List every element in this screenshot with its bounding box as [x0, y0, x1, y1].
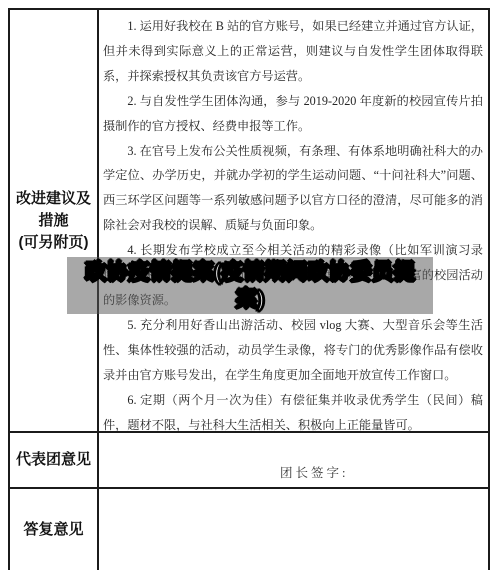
watermark-overlay: 政协疫情提案(疫情期间政协委员提案) [67, 257, 433, 314]
document-page: 改进建议及 措施 (可另附页) 1. 运用好我校在 B 站的官方账号，如果已经建… [0, 0, 500, 570]
suggestion-item-3: 3. 在官号上发布公关性质视频，有条理、有体系地明确社科大的办学定位、办学历史，… [103, 139, 483, 239]
suggestions-label-line1: 改进建议及 [16, 188, 91, 210]
suggestions-content-cell: 1. 运用好我校在 B 站的官方账号，如果已经建立并通过官方认证，但并未得到实际… [99, 10, 488, 431]
row-label-delegation: 代表团意见 [10, 433, 99, 487]
suggestions-label-line2: 措施 [38, 210, 68, 232]
reply-row: 答复意见 [10, 489, 488, 570]
watermark-title: 政协疫情提案(疫情期间政协委员提案) [80, 259, 420, 313]
suggestions-row: 改进建议及 措施 (可另附页) 1. 运用好我校在 B 站的官方账号，如果已经建… [10, 10, 488, 433]
suggestions-text-block: 1. 运用好我校在 B 站的官方账号，如果已经建立并通过官方认证，但并未得到实际… [99, 10, 488, 431]
delegation-label: 代表团意见 [16, 449, 91, 471]
suggestions-label-line3: (可另附页) [19, 232, 89, 254]
suggestion-item-2: 2. 与自发性学生团体沟通，参与 2019-2020 年度新的校园宣传片拍摄制作… [103, 89, 483, 139]
row-label-suggestions: 改进建议及 措施 (可另附页) [10, 10, 99, 431]
row-label-reply: 答复意见 [10, 489, 99, 570]
suggestion-item-1: 1. 运用好我校在 B 站的官方账号，如果已经建立并通过官方认证，但并未得到实际… [103, 14, 483, 89]
reply-content-cell [99, 489, 488, 570]
leader-signature-label: 团长签字: [280, 463, 348, 481]
suggestion-item-5: 5. 充分利用好香山出游活动、校园 vlog 大赛、大型音乐会等生活性、集体性较… [103, 313, 483, 388]
delegation-content-cell: 团长签字: [99, 433, 488, 487]
delegation-row: 代表团意见 团长签字: [10, 433, 488, 489]
reply-label: 答复意见 [23, 519, 83, 541]
suggestion-item-6: 6. 定期（两个月一次为佳）有偿征集并收录优秀学生（民间）稿件，题材不限，与社科… [103, 388, 483, 431]
